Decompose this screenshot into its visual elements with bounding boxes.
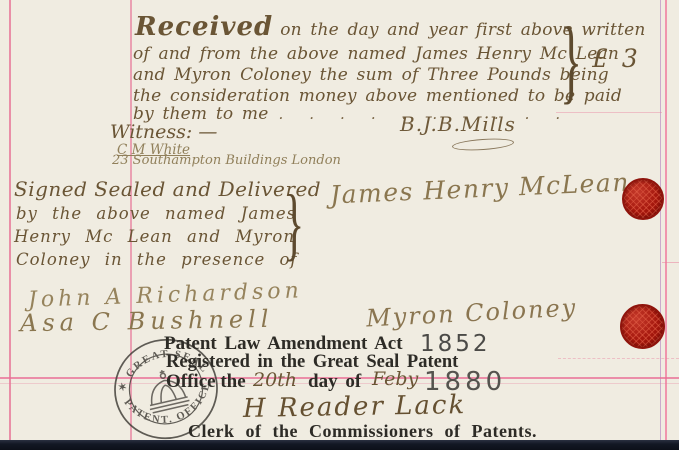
receipt-line-3: and Myron Coloney the sum of Three Pound… (133, 65, 609, 85)
amount-value: £ 3 (592, 44, 641, 73)
mills-signature: B.J.B.Mills (400, 112, 516, 136)
scanned-document-page: ✶ GREAT SEAL PATENT. OFFICE Receivedon t… (0, 0, 679, 450)
lack-signature: H Reader Lack (243, 390, 467, 424)
attestation-brace: } (284, 184, 304, 266)
left-margin-rule (9, 0, 11, 440)
witness-address: 23 Southampton Buildings London (112, 153, 341, 168)
scan-edge-band (0, 440, 679, 450)
stamp-month-handwritten: Feby (372, 368, 418, 390)
stamp-line-3-mid: day of (308, 371, 361, 393)
signature-flourish (452, 137, 515, 152)
margin-tick-lower (662, 262, 679, 263)
receipt-line-2: of and from the above named James Henry … (133, 44, 619, 64)
receipt-lead-word: Received (135, 12, 273, 42)
right-margin-rule-inner (660, 0, 661, 440)
attestation-line-4: Coloney in the presence of (16, 250, 298, 269)
attestation-line-3: Henry Mc Lean and Myron (14, 227, 295, 246)
right-margin-rule-outer (665, 0, 667, 440)
receipt-line-4: the consideration money above mentioned … (133, 86, 622, 106)
amount-brace: } (560, 14, 582, 108)
wax-seal-mclean (622, 178, 664, 220)
witness-label: Witness: — (110, 121, 217, 143)
attestation-line-1: Signed Sealed and Delivered (14, 177, 321, 201)
attestation-line-2: by the above named James (16, 204, 296, 223)
receipt-line-1-rest: on the day and year first above written (280, 20, 645, 40)
coloney-signature: Myron Coloney (365, 293, 577, 332)
horizontal-rule-dashed (558, 358, 679, 359)
stamp-line-3-prefix: Office the (166, 371, 246, 393)
stamp-day-handwritten: 20th (253, 369, 297, 391)
mclean-signature: James Henry McLean (330, 167, 631, 209)
wax-seal-coloney (620, 304, 665, 349)
clerk-title: Clerk of the Commissioners of Patents. (188, 421, 537, 442)
